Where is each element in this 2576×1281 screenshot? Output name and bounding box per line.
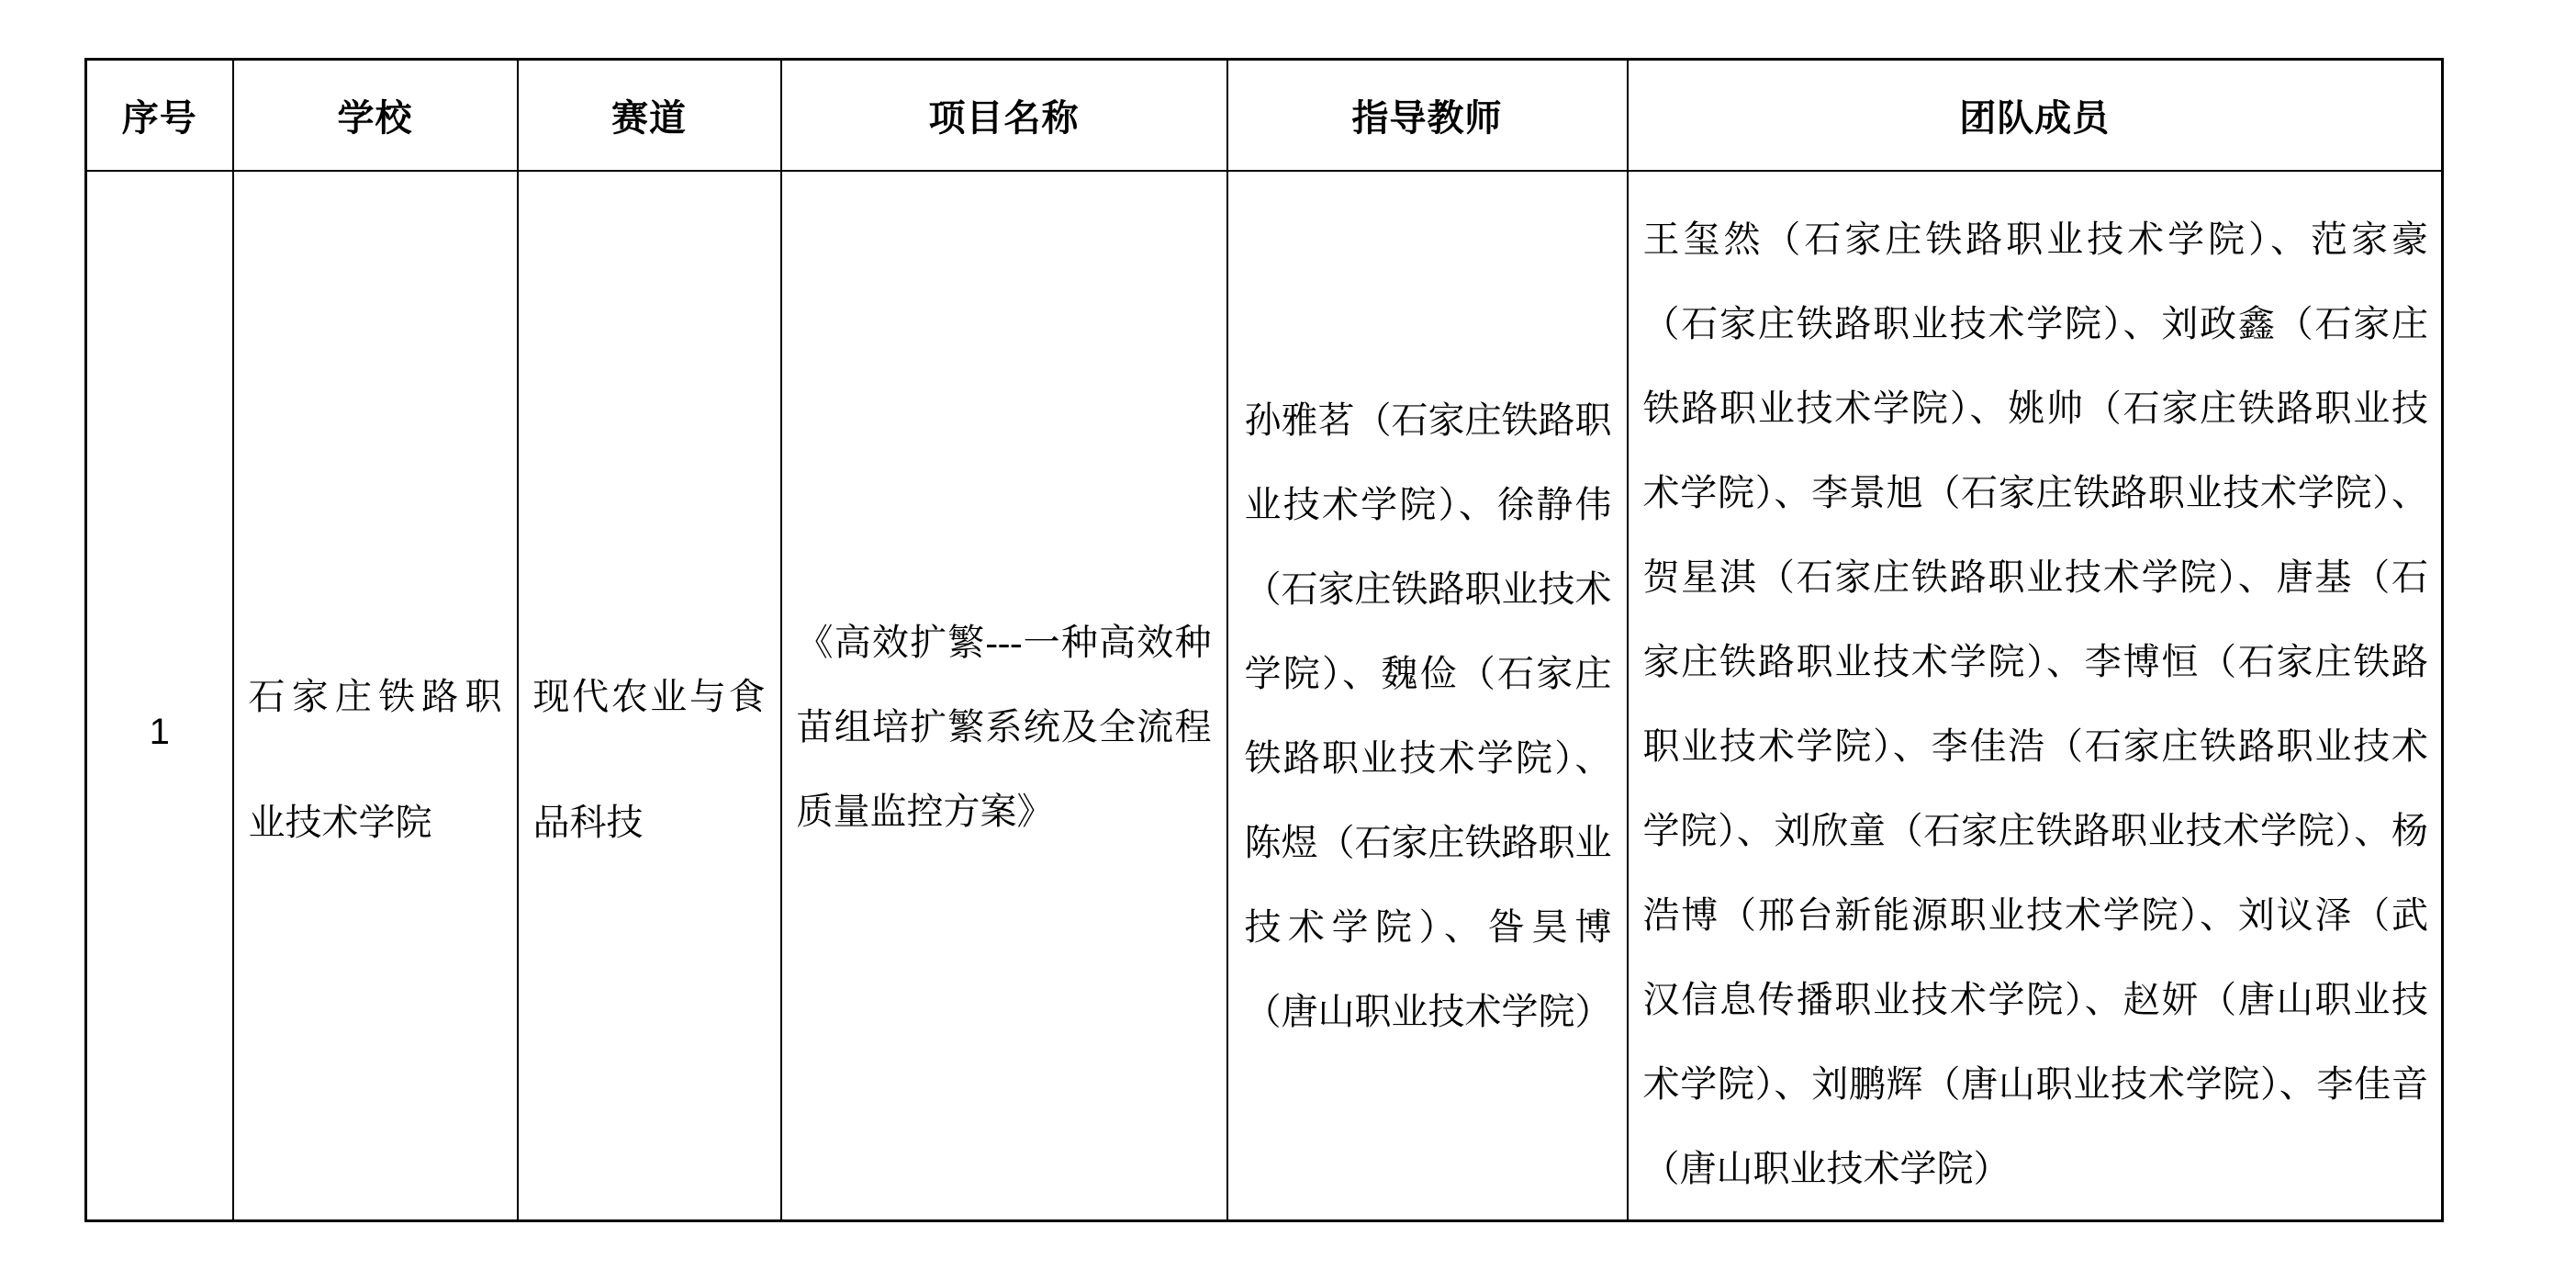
col-header-index: 序号 xyxy=(86,60,233,171)
col-header-members: 团队成员 xyxy=(1628,60,2443,171)
table-header: 序号 学校 赛道 项目名称 指导教师 团队成员 xyxy=(86,60,2443,171)
cell-track: 现代农业与食品科技 xyxy=(518,171,781,1221)
col-header-advisors: 指导教师 xyxy=(1227,60,1628,171)
cell-school: 石家庄铁路职业技术学院 xyxy=(233,171,518,1221)
results-table: 序号 学校 赛道 项目名称 指导教师 团队成员 1 石家庄铁路职业技术学院 现代… xyxy=(84,58,2444,1222)
document-page: 序号 学校 赛道 项目名称 指导教师 团队成员 1 石家庄铁路职业技术学院 现代… xyxy=(0,0,2576,1281)
header-row: 序号 学校 赛道 项目名称 指导教师 团队成员 xyxy=(86,60,2443,171)
cell-members: 王玺然（石家庄铁路职业技术学院）、范家豪（石家庄铁路职业技术学院）、刘政鑫（石家… xyxy=(1628,171,2443,1221)
col-header-project: 项目名称 xyxy=(781,60,1227,171)
table-row: 1 石家庄铁路职业技术学院 现代农业与食品科技 《高效扩繁---一种高效种苗组培… xyxy=(86,171,2443,1221)
table-body: 1 石家庄铁路职业技术学院 现代农业与食品科技 《高效扩繁---一种高效种苗组培… xyxy=(86,171,2443,1221)
col-header-track: 赛道 xyxy=(518,60,781,171)
cell-index: 1 xyxy=(86,171,233,1221)
col-header-school: 学校 xyxy=(233,60,518,171)
cell-advisors: 孙雅茗（石家庄铁路职业技术学院）、徐静伟（石家庄铁路职业技术学院）、魏俭（石家庄… xyxy=(1227,171,1628,1221)
cell-project: 《高效扩繁---一种高效种苗组培扩繁系统及全流程质量监控方案》 xyxy=(781,171,1227,1221)
